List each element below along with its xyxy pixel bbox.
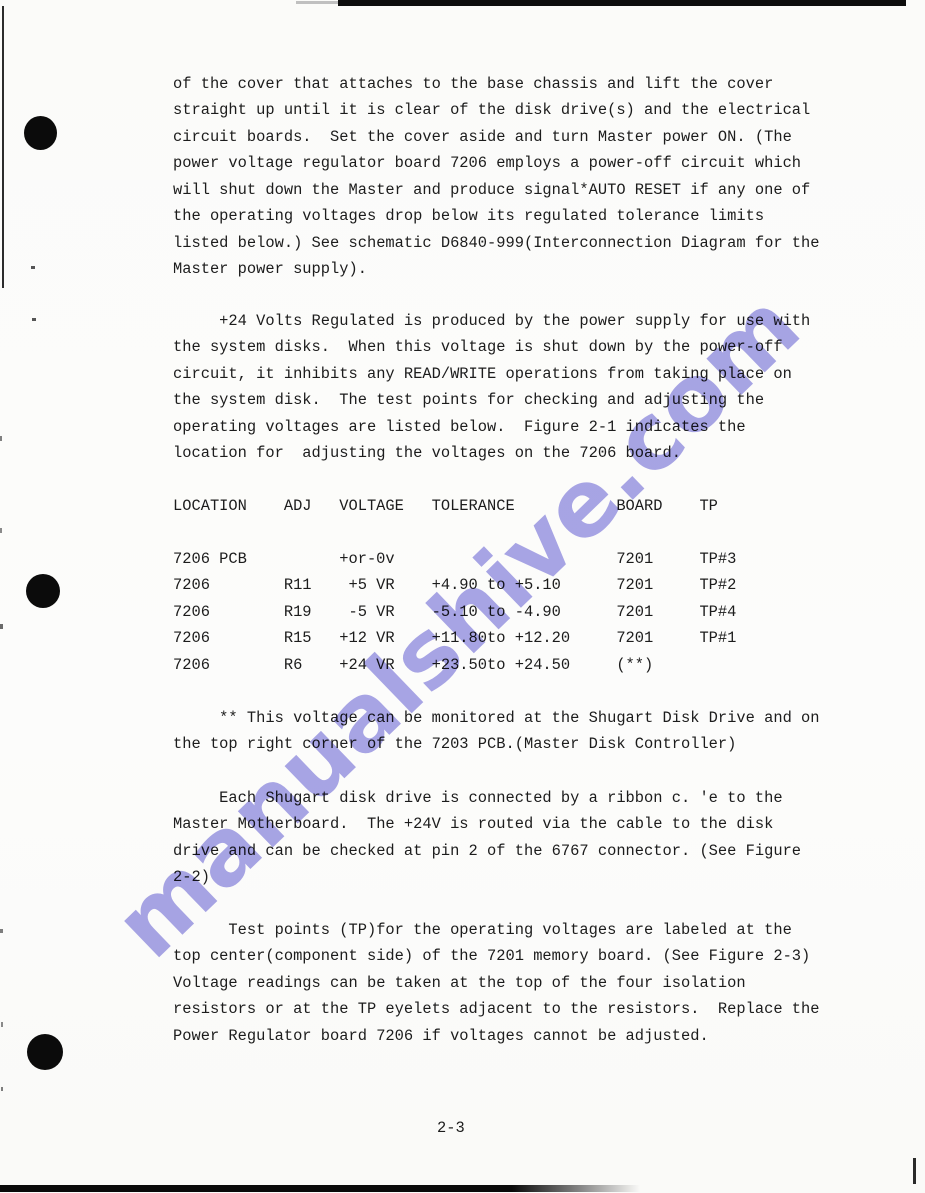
table-cell: +or-0v [339,546,394,572]
text-line: the system disks. When this voltage is s… [173,334,810,360]
table-cell: +23.50to +24.50 [432,652,571,678]
scanned-manual-page: of the cover that attaches to the base c… [0,0,925,1193]
scan-artifact-top-faint [296,1,342,4]
table-cell: 7201 [616,625,653,651]
table-row: 7206R19 -5 VR-5.10 to -4.907201TP#4 [173,599,873,625]
scan-artifact-top-bar [338,0,906,6]
table-cell: TP#3 [699,546,736,572]
table-header-row: LOCATIONADJVOLTAGETOLERANCEBOARDTP [173,493,873,519]
scan-speckle [0,929,3,933]
scan-artifact-left-line [2,6,4,288]
text-line: Master power supply). [173,256,820,282]
paragraph-test-points: Test points (TP)for the operating voltag… [173,917,820,1049]
table-cell: R11 [284,572,312,598]
scan-speckle [32,318,36,321]
scan-speckle [0,624,3,629]
table-cell: -5.10 to -4.90 [432,599,561,625]
table-cell: R6 [284,652,302,678]
scan-artifact-right-tick [913,1158,916,1184]
text-line: will shut down the Master and produce si… [173,177,820,203]
voltage-test-point-table: LOCATIONADJVOLTAGETOLERANCEBOARDTP7206 P… [173,493,873,678]
text-line: location for adjusting the voltages on t… [173,440,810,466]
text-line: resistors or at the TP eyelets adjacent … [173,996,820,1022]
table-header-cell: TP [699,493,717,519]
text-line: Power Regulator board 7206 if voltages c… [173,1023,820,1049]
text-line: the operating voltages drop below its re… [173,203,820,229]
text-line: straight up until it is clear of the dis… [173,97,820,123]
table-row: 7206 PCB+or-0v7201TP#3 [173,546,873,572]
table-row: 7206R6+24 VR+23.50to +24.50(**) [173,652,873,678]
paragraph-24v-regulated: +24 Volts Regulated is produced by the p… [173,308,810,467]
text-line: ** This voltage can be monitored at the … [173,705,820,731]
page-number: 2-3 [437,1115,465,1141]
table-cell: +12 VR [339,625,394,651]
table-header-cell: BOARD [616,493,662,519]
table-header-cell: TOLERANCE [432,493,515,519]
table-cell: 7206 PCB [173,546,247,572]
table-cell: -5 VR [339,599,394,625]
table-header-cell: LOCATION [173,493,247,519]
text-line: listed below.) See schematic D6840-999(I… [173,230,820,256]
table-cell: +11.80to +12.20 [432,625,571,651]
table-cell: 7206 [173,599,210,625]
text-line: drive and can be checked at pin 2 of the… [173,838,801,864]
table-cell: +5 VR [339,572,394,598]
scan-speckle [31,266,35,269]
paragraph-shugart-cable: Each Shugart disk drive is connected by … [173,785,801,891]
punch-hole-mark [24,116,57,150]
table-cell: 7206 [173,572,210,598]
table-row: 7206R15+12 VR+11.80to +12.207201TP#1 [173,625,873,651]
text-line: 2-2) [173,864,801,890]
table-cell: +24 VR [339,652,394,678]
table-cell: TP#2 [699,572,736,598]
punch-hole-mark [26,574,60,608]
table-header-cell: VOLTAGE [339,493,404,519]
table-cell: R15 [284,625,312,651]
text-line: Master Motherboard. The +24V is routed v… [173,811,801,837]
text-line: Voltage readings can be taken at the top… [173,970,820,996]
text-line: Each Shugart disk drive is connected by … [173,785,801,811]
table-cell: +4.90 to +5.10 [432,572,561,598]
paragraph-cover-removal: of the cover that attaches to the base c… [173,71,820,283]
text-line: operating voltages are listed below. Fig… [173,414,810,440]
table-row: 7206R11 +5 VR+4.90 to +5.107201TP#2 [173,572,873,598]
table-cell: TP#1 [699,625,736,651]
text-line: the top right corner of the 7203 PCB.(Ma… [173,731,820,757]
text-line: Test points (TP)for the operating voltag… [173,917,820,943]
scan-artifact-bottom-bar [0,1185,640,1192]
table-cell: 7206 [173,625,210,651]
text-line: +24 Volts Regulated is produced by the p… [173,308,810,334]
punch-hole-mark [27,1034,63,1070]
text-line: circuit, it inhibits any READ/WRITE oper… [173,361,810,387]
scan-speckle [0,528,2,533]
table-cell: (**) [616,652,653,678]
table-cell: 7201 [616,572,653,598]
table-cell: 7206 [173,652,210,678]
table-header-cell: ADJ [284,493,312,519]
scan-speckle [1,1022,3,1027]
scan-speckle [0,436,2,441]
text-line: top center(component side) of the 7201 m… [173,943,820,969]
text-line: power voltage regulator board 7206 emplo… [173,150,820,176]
table-cell: TP#4 [699,599,736,625]
table-cell: R19 [284,599,312,625]
table-spacer-row [173,519,873,545]
text-line: the system disk. The test points for che… [173,387,810,413]
paragraph-footnote-monitor: ** This voltage can be monitored at the … [173,705,820,758]
table-cell: 7201 [616,599,653,625]
scan-speckle [1,1087,3,1091]
text-line: of the cover that attaches to the base c… [173,71,820,97]
text-line: circuit boards. Set the cover aside and … [173,124,820,150]
table-cell: 7201 [616,546,653,572]
